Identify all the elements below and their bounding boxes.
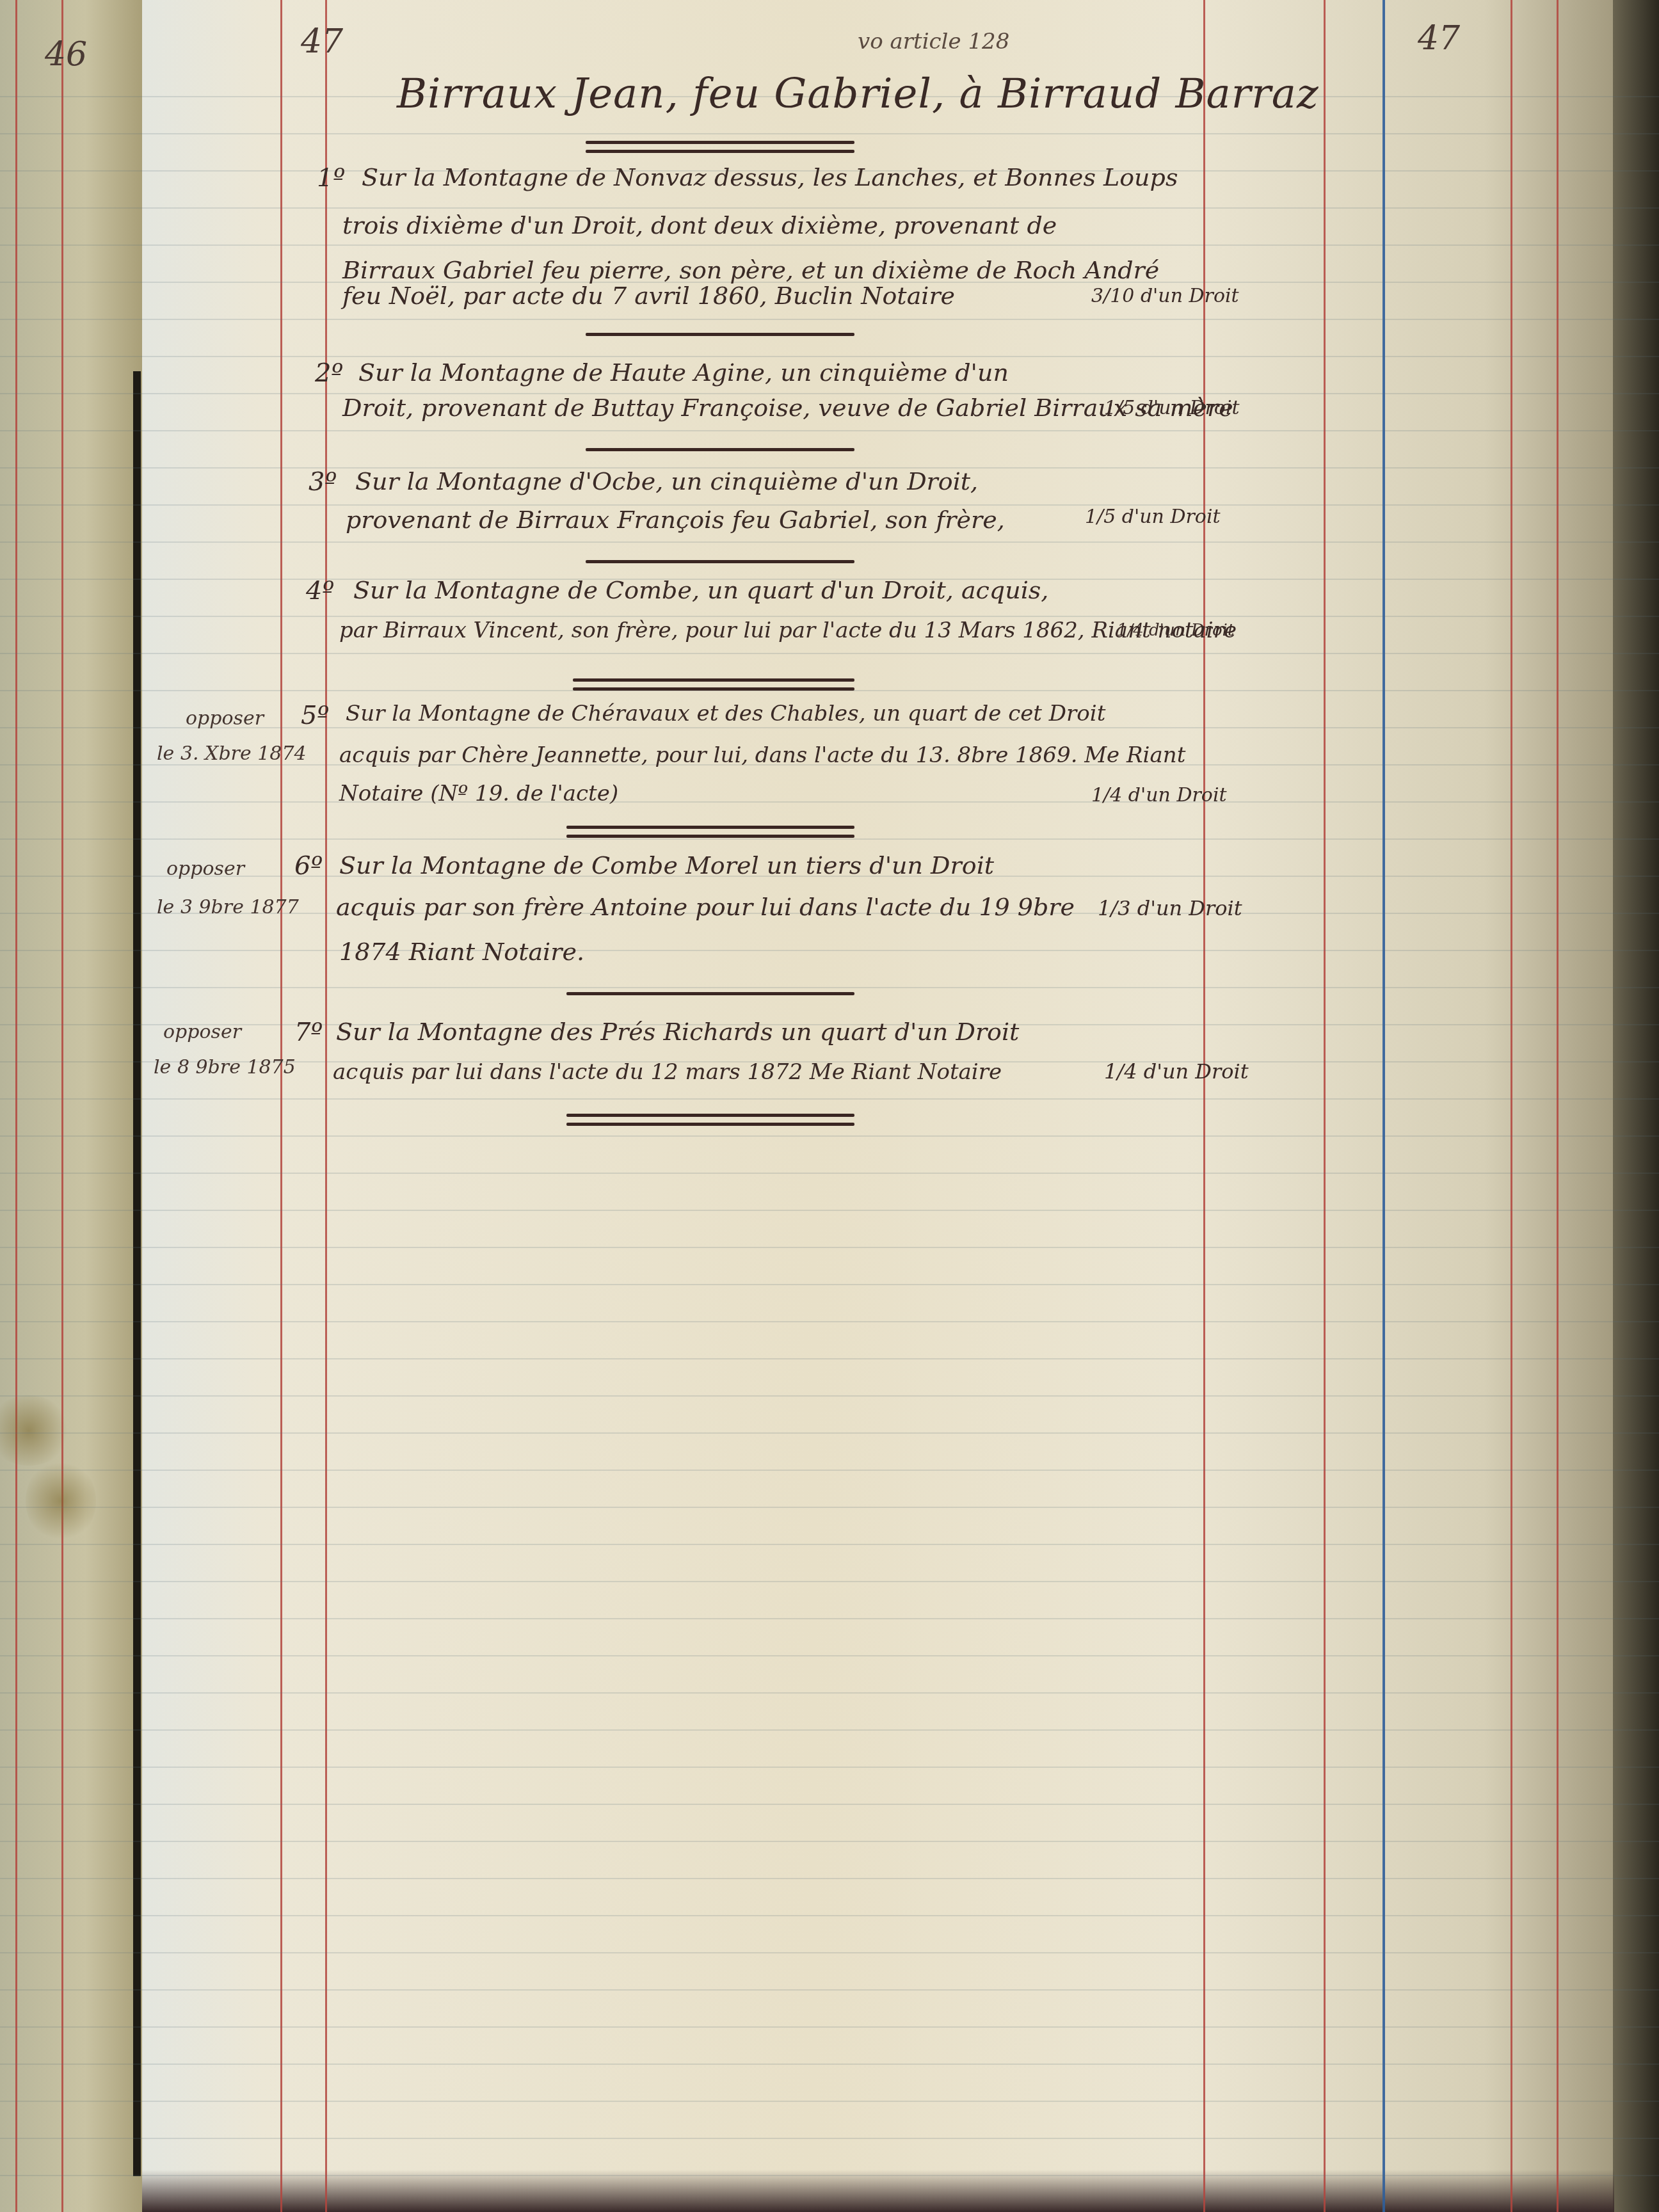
left-page-number: 46	[45, 35, 87, 74]
ruled-line	[0, 207, 1659, 209]
water-stain	[0, 1395, 70, 1466]
ruled-line	[0, 1618, 1659, 1619]
ruled-line	[0, 319, 1659, 320]
entry-separator	[566, 826, 854, 829]
entry-number: 5º	[301, 701, 329, 730]
margin-note: opposer	[186, 707, 264, 730]
margin-note: le 3. Xbre 1874	[157, 742, 307, 765]
ruled-line	[0, 987, 1659, 988]
ruled-line	[0, 1841, 1659, 1842]
entry-share: 1/5 d'un Droit	[1104, 397, 1240, 419]
ruled-line	[0, 1284, 1659, 1285]
entry-share: 1/4 d'un Droit	[1117, 621, 1234, 640]
ruled-line	[0, 1655, 1659, 1656]
entry-separator	[566, 992, 854, 995]
ruled-line	[0, 653, 1659, 654]
ruled-line	[0, 1432, 1659, 1434]
ruled-line	[0, 1247, 1659, 1248]
entry-number: 4º	[306, 576, 334, 605]
entry-text-line: feu Noël, par acte du 7 avril 1860, Bucl…	[342, 282, 955, 310]
entry-text-line: Droit, provenant de Buttay Françoise, ve…	[342, 394, 1233, 422]
column-rule	[1557, 0, 1559, 2212]
ruled-line	[0, 430, 1659, 431]
article-annotation: vo article 128	[858, 29, 1009, 54]
title-underline	[586, 141, 854, 144]
ruled-line	[0, 1321, 1659, 1322]
ruled-line	[0, 801, 1659, 803]
page-edge-shadow	[1613, 0, 1659, 2212]
ruled-line	[0, 1692, 1659, 1694]
margin-note: le 8 9bre 1875	[154, 1056, 296, 1078]
ruled-line	[0, 1470, 1659, 1471]
margin-column-rule	[280, 0, 282, 2212]
ruled-line	[0, 1544, 1659, 1545]
ruled-line	[0, 1395, 1659, 1397]
ruled-line	[0, 1173, 1659, 1174]
page-number-right: 47	[1418, 19, 1460, 58]
ruled-line	[0, 1915, 1659, 1916]
entry-separator	[586, 560, 854, 563]
entry-separator	[573, 678, 854, 682]
entry-text-line: acquis par lui dans l'acte du 12 mars 18…	[333, 1059, 1002, 1085]
entry-text-line: acquis par Chère Jeannette, pour lui, da…	[339, 742, 1185, 768]
entry-text-line: Sur la Montagne de Combe Morel un tiers …	[339, 851, 994, 879]
left-page-red-rule	[15, 0, 17, 2212]
entry-number: 6º	[294, 851, 323, 881]
entry-share: 1/5 d'un Droit	[1085, 506, 1221, 528]
ruled-line	[0, 838, 1659, 840]
entry-text-line: Sur la Montagne de Nonvaz dessus, les La…	[362, 163, 1178, 191]
page-number-left: 47	[301, 22, 343, 61]
entry-text-line: 1874 Riant Notaire.	[339, 938, 584, 966]
column-rule	[1511, 0, 1512, 2212]
entry-text-line: Sur la Montagne des Prés Richards un qua…	[336, 1018, 1019, 1046]
ruled-line	[0, 2175, 1659, 2176]
ruled-line	[0, 1804, 1659, 1805]
ruled-line	[0, 1098, 1659, 1100]
entry-text-line: Birraux Gabriel feu pierre, son père, et…	[342, 256, 1159, 284]
margin-note: opposer	[166, 858, 244, 880]
ruled-line	[0, 950, 1659, 951]
ruled-line	[0, 541, 1659, 543]
ruled-line	[0, 244, 1659, 246]
ruled-line	[0, 2064, 1659, 2065]
ruled-line	[0, 1581, 1659, 1582]
number-column-rule	[325, 0, 327, 2212]
binding-edge	[133, 371, 141, 2176]
entry-text-line: Sur la Montagne d'Ocbe, un cinquième d'u…	[355, 467, 978, 495]
entry-share: 1/4 d'un Droit	[1104, 1059, 1249, 1084]
left-page-red-rule	[61, 0, 63, 2212]
entry-number: 1º	[317, 163, 345, 193]
water-stain	[26, 1459, 96, 1543]
entry-share: 1/4 d'un Droit	[1091, 784, 1227, 806]
entry-text-line: trois dixième d'un Droit, dont deux dixi…	[342, 211, 1057, 239]
ruled-line	[0, 616, 1659, 617]
ruled-line	[0, 1358, 1659, 1359]
entry-text-line: par Birraux Vincent, son frère, pour lui…	[339, 618, 1237, 643]
entry-share: 1/3 d'un Droit	[1098, 896, 1242, 920]
ruled-line	[0, 1135, 1659, 1137]
closing-double-rule	[566, 1114, 854, 1117]
ruled-line	[0, 1729, 1659, 1731]
ruled-line	[0, 1878, 1659, 1879]
entry-number: 3º	[309, 467, 337, 497]
page-title: Birraux Jean, feu Gabriel, à Birraud Bar…	[397, 70, 1319, 118]
entry-separator	[586, 333, 854, 336]
ruled-line	[0, 1952, 1659, 1953]
ruled-line	[0, 133, 1659, 134]
margin-note: le 3 9bre 1877	[157, 896, 299, 918]
entry-text-line: provenant de Birraux François feu Gabrie…	[346, 506, 1005, 534]
ruled-line	[0, 1210, 1659, 1211]
entry-number: 7º	[294, 1018, 323, 1047]
share-column-rule	[1203, 0, 1205, 2212]
ruled-line	[0, 2026, 1659, 2028]
entry-text-line: Sur la Montagne de Combe, un quart d'un …	[353, 576, 1048, 604]
entry-number: 2º	[315, 358, 343, 388]
left-page-edge: 46	[0, 0, 142, 2212]
ruled-line	[0, 2101, 1659, 2102]
entry-text-line: Notaire (Nº 19. de l'acte)	[339, 781, 618, 806]
ruled-line	[0, 1989, 1659, 1991]
margin-note: opposer	[163, 1021, 241, 1043]
ruled-line	[0, 2138, 1659, 2139]
entry-text-line: acquis par son frère Antoine pour lui da…	[336, 893, 1075, 921]
entry-separator	[586, 448, 854, 451]
column-rule	[1324, 0, 1326, 2212]
ruled-line	[0, 1767, 1659, 1768]
ruled-line	[0, 356, 1659, 357]
ledger-page	[142, 0, 1633, 2212]
entry-text-line: Sur la Montagne de Chéravaux et des Chab…	[346, 701, 1105, 726]
entry-text-line: Sur la Montagne de Haute Agine, un cinqu…	[358, 358, 1009, 387]
ruled-line	[0, 1507, 1659, 1508]
blue-column-rule	[1382, 0, 1385, 2212]
entry-share: 3/10 d'un Droit	[1091, 285, 1239, 307]
